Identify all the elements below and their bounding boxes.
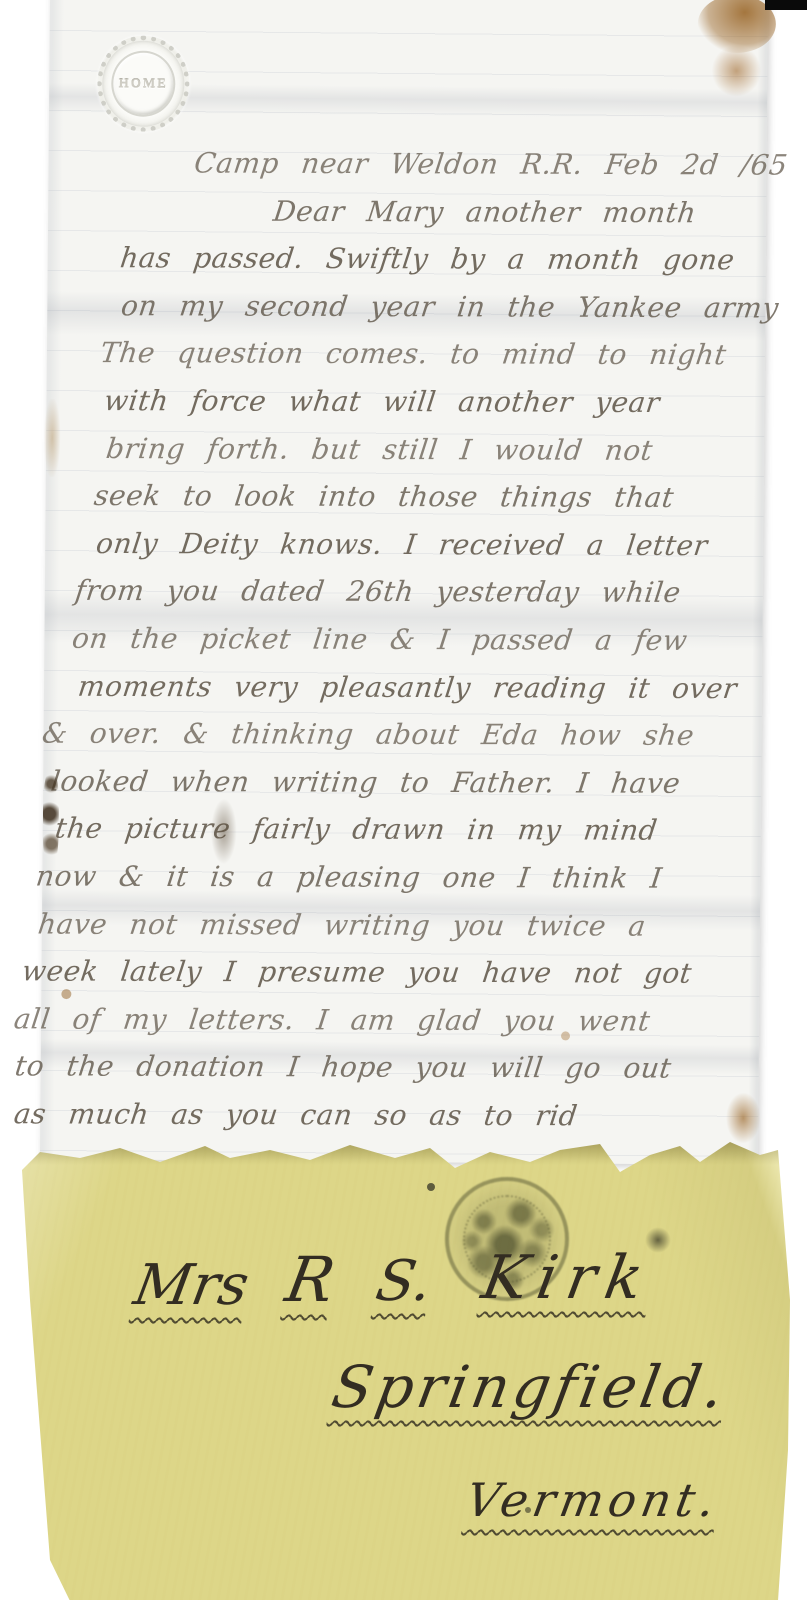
handwriting-line: seek to look into those things that: [91, 472, 765, 522]
embossed-seal: HOME: [97, 35, 190, 132]
address-city: Springfield.: [327, 1353, 733, 1421]
handwriting-line: looked when writing to Father. I have: [48, 757, 729, 807]
handwriting-line: the picture fairly drawn in my mind: [52, 805, 723, 855]
handwriting-line: moments very pleasantly reading it over: [75, 662, 741, 712]
handwriting-line: Camp near Weldon R.R. Feb 2d /65: [191, 140, 807, 190]
handwriting-line: with force what will another year: [101, 377, 777, 427]
handwriting-line: The question comes. to mind to night: [97, 329, 783, 379]
address-surname: Kirk: [477, 1243, 658, 1313]
handwriting-line: from you dated 26th yesterday while: [72, 567, 753, 617]
handwriting-line: as much as you can so as to rid: [11, 1090, 687, 1140]
scanned-letter-page: { "letter": { "seal_text": "HOME", "line…: [0, 0, 807, 1600]
address-initial-first: R: [281, 1243, 341, 1316]
letter-sheet: HOME Camp near Weldon R.R. Feb 2d /65 De…: [40, 0, 768, 1165]
handwriting-line: now & it is a pleasing one I think I: [33, 852, 717, 902]
handwriting-line: week lately I presume you have not got: [19, 948, 705, 998]
address-initial-middle: S.: [371, 1249, 437, 1314]
handwriting-line: on the picket line & I passed a few: [69, 615, 747, 665]
handwriting-line: Dear Mary another month: [270, 187, 801, 236]
handwriting-line: to the donation I hope you will go out: [12, 1043, 693, 1093]
letter-body: Camp near Weldon R.R. Feb 2d /65 Dear Ma…: [0, 139, 807, 1140]
handwriting-line: have not missed writing you twice a: [35, 900, 711, 950]
stain: [726, 1093, 760, 1143]
address-state: Vermont.: [462, 1473, 724, 1527]
scan-edge-artifact: [765, 0, 807, 10]
embossed-seal-oval: HOME: [111, 50, 176, 117]
stain: [44, 399, 61, 477]
handwriting-line: has passed. Swiftly by a month gone: [117, 234, 795, 284]
handwriting-line: on my second year in the Yankee army: [118, 282, 789, 332]
stain: [427, 1183, 435, 1191]
embossed-seal-text: HOME: [119, 75, 168, 91]
handwriting-line: only Deity knows. I received a letter: [93, 520, 759, 570]
handwriting-line: bring forth. but still I would not: [103, 425, 771, 475]
handwriting-line: & over. & thinking about Eda how she: [39, 710, 735, 760]
address-title: Mrs: [129, 1253, 253, 1318]
envelope: Mrs R S. Kirk Springfield. Vermont.: [15, 1135, 795, 1600]
handwriting-line: all of my letters. I am glad you went: [11, 995, 699, 1045]
